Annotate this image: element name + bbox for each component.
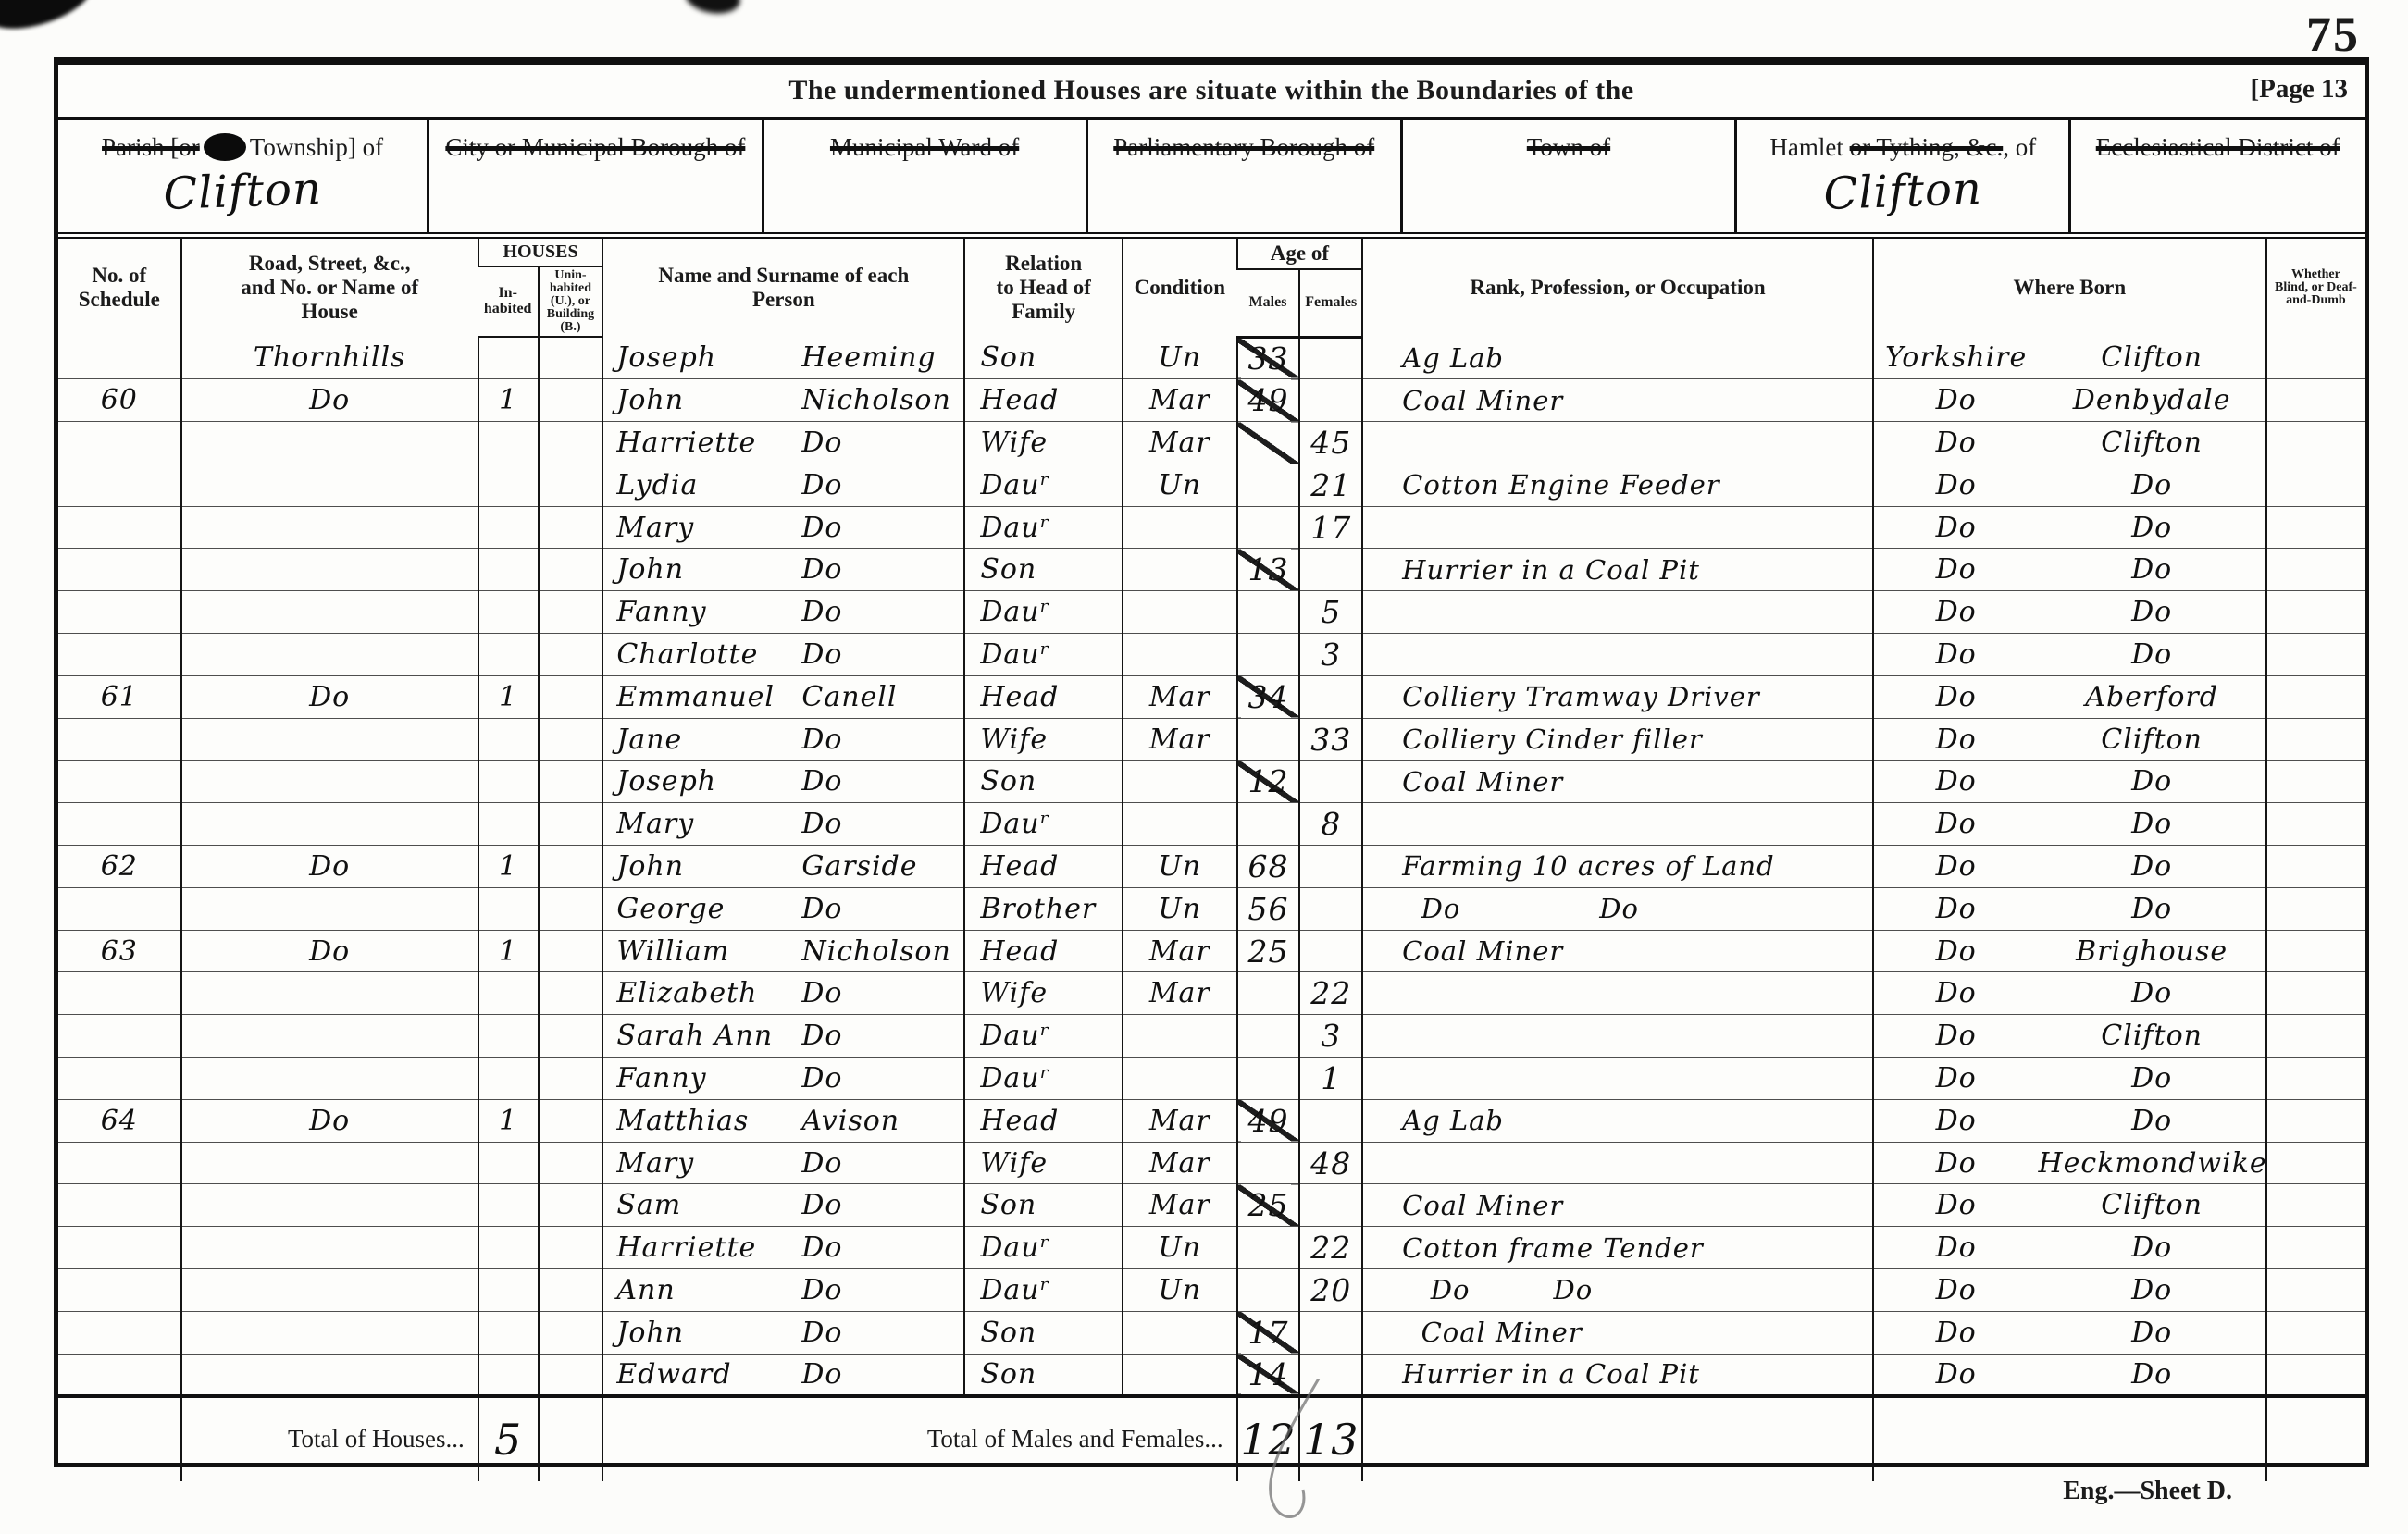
cell-name-given: Lydia	[616, 469, 801, 501]
page-title: The undermentioned Houses are situate wi…	[788, 75, 1633, 106]
cell-age-female: 48	[1299, 1142, 1362, 1184]
title-bar: The undermentioned Houses are situate wi…	[58, 65, 2365, 120]
table-row: HarrietteDo Wife Mar 45 DoClifton	[58, 422, 2365, 464]
cell-name: JohnGarside	[602, 846, 964, 888]
cell-blind	[2266, 1099, 2365, 1142]
cell-name-given: Elizabeth	[616, 977, 801, 1009]
cell-relation: Son	[964, 549, 1123, 591]
location-cell-town: Town of	[1403, 120, 1737, 232]
cell-born-place: Aberford	[2039, 681, 2265, 713]
cell-empty	[539, 1396, 603, 1481]
cell-born-place: Brighouse	[2039, 935, 2265, 968]
cell-condition: Un	[1123, 1227, 1237, 1269]
cell-name: WilliamNicholson	[602, 930, 964, 972]
table-row: FannyDo Dauʳ 1 DoDo	[58, 1058, 2365, 1100]
cell-uninhabited	[539, 337, 603, 379]
cell-occupation: Cotton Engine Feeder	[1362, 464, 1873, 506]
cell-name-surname: Do	[801, 1020, 962, 1052]
page-reference: [Page 13	[2251, 74, 2349, 105]
struck-label: City or Municipal Borough of	[445, 133, 745, 161]
cell-schedule	[58, 761, 181, 803]
cell-road: Do	[181, 846, 478, 888]
col-header-uninhabited: Unin- habited (U.), or Building (B.)	[539, 266, 603, 337]
cell-age-female: 33	[1299, 718, 1362, 761]
ink-blot	[204, 133, 246, 161]
cell-age-male	[1237, 718, 1300, 761]
cell-born-place: Do	[2039, 1358, 2265, 1391]
cell-name-given: Harriette	[616, 1231, 801, 1264]
cell-name: AnnDo	[602, 1269, 964, 1312]
cell-name-surname: Nicholson	[801, 384, 962, 416]
col-header-relation: Relation to Head of Family	[964, 239, 1123, 337]
table-row: JosephDo Son 12 Coal Miner DoDo	[58, 761, 2365, 803]
cell-name: HarrietteDo	[602, 1227, 964, 1269]
cell-born-county: Do	[1874, 1317, 2039, 1349]
cell-age-male	[1237, 1227, 1300, 1269]
cell-age-male	[1237, 1142, 1300, 1184]
col-header-road: Road, Street, &c., and No. or Name of Ho…	[181, 239, 478, 337]
cell-blind	[2266, 803, 2365, 846]
col-header-occupation: Rank, Profession, or Occupation	[1362, 239, 1873, 337]
cell-schedule	[58, 803, 181, 846]
cell-name: ElizabethDo	[602, 972, 964, 1015]
cell-inhabited	[478, 1269, 539, 1312]
cell-inhabited	[478, 803, 539, 846]
cell-name-surname: Do	[801, 553, 962, 586]
cell-blind	[2266, 379, 2365, 422]
cell-name-given: Mary	[616, 808, 801, 840]
cell-name-given: Harriette	[616, 427, 801, 459]
cell-occupation: Do Do	[1362, 887, 1873, 930]
cell-where-born: DoDo	[1873, 1227, 2266, 1269]
cell-name-given: Joseph	[616, 341, 801, 374]
census-table-foot: Total of Houses... 5 Total of Males and …	[58, 1396, 2365, 1481]
cell-blind	[2266, 718, 2365, 761]
census-table-head: No. of Schedule Road, Street, &c., and N…	[58, 239, 2365, 337]
struck-label: Parliamentary Borough of	[1113, 133, 1374, 161]
cell-inhabited	[478, 464, 539, 506]
printed-label: Township] of	[250, 133, 383, 161]
form-frame: The undermentioned Houses are situate wi…	[54, 57, 2369, 1467]
cell-uninhabited	[539, 379, 603, 422]
cell-name-surname: Do	[801, 1358, 962, 1391]
cell-where-born: DoDo	[1873, 1099, 2266, 1142]
table-row: LydiaDo Dauʳ Un 21 Cotton Engine Feeder …	[58, 464, 2365, 506]
table-row: CharlotteDo Dauʳ 3 DoDo	[58, 634, 2365, 676]
cell-born-place: Clifton	[2039, 724, 2265, 756]
cell-uninhabited	[539, 1184, 603, 1227]
cell-occupation	[1362, 634, 1873, 676]
cell-schedule: 60	[58, 379, 181, 422]
cell-uninhabited	[539, 1269, 603, 1312]
cell-age-male: 25	[1237, 930, 1300, 972]
cell-name: MaryDo	[602, 506, 964, 549]
cell-born-place: Do	[2039, 1105, 2265, 1137]
cell-name-surname: Do	[801, 808, 962, 840]
cell-relation: Son	[964, 1311, 1123, 1354]
cell-born-county: Yorkshire	[1874, 341, 2039, 374]
cell-name: MaryDo	[602, 1142, 964, 1184]
cell-age-female	[1299, 761, 1362, 803]
cell-name: JohnDo	[602, 1311, 964, 1354]
cell-occupation: Coal Miner	[1362, 379, 1873, 422]
cell-condition	[1123, 761, 1237, 803]
cell-blind	[2266, 887, 2365, 930]
cell-age-female	[1299, 675, 1362, 718]
cell-relation: Son	[964, 1354, 1123, 1396]
cell-relation: Wife	[964, 972, 1123, 1015]
cell-age-male	[1237, 634, 1300, 676]
cell-occupation: Ag Lab	[1362, 337, 1873, 379]
cell-road	[181, 1058, 478, 1100]
struck-label: Parish [or	[102, 133, 200, 161]
cell-condition: Un	[1123, 337, 1237, 379]
cell-condition: Mar	[1123, 1142, 1237, 1184]
cell-road	[181, 1015, 478, 1058]
cell-name-surname: Do	[801, 1231, 962, 1264]
table-row: 62 Do 1 JohnGarside Head Un 68 Farming 1…	[58, 846, 2365, 888]
cell-road	[181, 591, 478, 634]
cell-occupation: Coal Miner	[1362, 1184, 1873, 1227]
cell-blind	[2266, 422, 2365, 464]
cell-born-county: Do	[1874, 1105, 2039, 1137]
cell-condition: Un	[1123, 464, 1237, 506]
cell-born-place: Do	[2039, 850, 2265, 883]
cell-where-born: DoDo	[1873, 464, 2266, 506]
cell-name: MatthiasAvison	[602, 1099, 964, 1142]
cell-condition: Mar	[1123, 675, 1237, 718]
census-table: No. of Schedule Road, Street, &c., and N…	[58, 239, 2365, 1481]
cell-uninhabited	[539, 718, 603, 761]
cell-schedule	[58, 464, 181, 506]
cell-where-born: DoDo	[1873, 549, 2266, 591]
cell-occupation: Coal Miner	[1362, 761, 1873, 803]
location-cell-borough: City or Municipal Borough of	[429, 120, 763, 232]
table-row: MaryDo Wife Mar 48 DoHeckmondwike	[58, 1142, 2365, 1184]
cell-age-female: 20	[1299, 1269, 1362, 1312]
cell-name: EmmanuelCanell	[602, 675, 964, 718]
cell-name-given: Matthias	[616, 1105, 801, 1137]
cell-age-female: 22	[1299, 972, 1362, 1015]
cell-inhabited	[478, 506, 539, 549]
cell-age-male	[1237, 591, 1300, 634]
cell-born-county: Do	[1874, 935, 2039, 968]
cell-inhabited	[478, 761, 539, 803]
cell-name-surname: Do	[801, 1062, 962, 1095]
cell-condition: Un	[1123, 887, 1237, 930]
struck-label: Ecclesiastical District of	[2096, 133, 2340, 161]
cell-born-county: Do	[1874, 553, 2039, 586]
cell-born-place: Do	[2039, 808, 2265, 840]
cell-born-county: Do	[1874, 724, 2039, 756]
cell-relation: Dauʳ	[964, 506, 1123, 549]
cell-age-female: 3	[1299, 1015, 1362, 1058]
cell-road	[181, 1354, 478, 1396]
cell-age-female	[1299, 930, 1362, 972]
cell-blind	[2266, 506, 2365, 549]
sheet-footer-note: Eng.—Sheet D.	[2063, 1477, 2232, 1506]
cell-road	[181, 506, 478, 549]
cell-uninhabited	[539, 1058, 603, 1100]
cell-road: Do	[181, 675, 478, 718]
cell-born-place: Do	[2039, 638, 2265, 671]
table-row: 63 Do 1 WilliamNicholson Head Mar 25 Coa…	[58, 930, 2365, 972]
cell-name-surname: Do	[801, 427, 962, 459]
col-header-condition: Condition	[1123, 239, 1237, 337]
col-header-males: Males	[1237, 269, 1300, 337]
cell-name: JohnNicholson	[602, 379, 964, 422]
table-row: Sarah AnnDo Dauʳ 3 DoClifton	[58, 1015, 2365, 1058]
table-row: 60 Do 1 JohnNicholson Head Mar 49 Coal M…	[58, 379, 2365, 422]
cell-blind	[2266, 337, 2365, 379]
cell-blind	[2266, 634, 2365, 676]
cell-blind	[2266, 1354, 2365, 1396]
cell-occupation: Do Do	[1362, 1269, 1873, 1312]
cell-schedule	[58, 337, 181, 379]
cell-inhabited	[478, 337, 539, 379]
cell-inhabited	[478, 549, 539, 591]
cell-relation: Brother	[964, 887, 1123, 930]
cell-born-place: Do	[2039, 469, 2265, 501]
cell-born-county: Do	[1874, 977, 2039, 1009]
cell-name: GeorgeDo	[602, 887, 964, 930]
cell-inhabited	[478, 422, 539, 464]
cell-blind	[2266, 675, 2365, 718]
cell-occupation: Farming 10 acres of Land	[1362, 846, 1873, 888]
cell-condition	[1123, 1354, 1237, 1396]
cell-age-female: 45	[1299, 422, 1362, 464]
cell-where-born: DoClifton	[1873, 1184, 2266, 1227]
cell-name: Sarah AnnDo	[602, 1015, 964, 1058]
cell-inhabited	[478, 1311, 539, 1354]
cell-where-born: DoDo	[1873, 506, 2266, 549]
cell-where-born: YorkshireClifton	[1873, 337, 2266, 379]
cell-schedule	[58, 1227, 181, 1269]
cell-born-county: Do	[1874, 808, 2039, 840]
cell-blind	[2266, 1015, 2365, 1058]
cell-where-born: DoClifton	[1873, 422, 2266, 464]
cell-age-male	[1237, 1269, 1300, 1312]
cell-born-place: Do	[2039, 1231, 2265, 1264]
cell-condition	[1123, 634, 1237, 676]
cell-where-born: DoDo	[1873, 887, 2266, 930]
cell-uninhabited	[539, 1227, 603, 1269]
cell-occupation: Hurrier in a Coal Pit	[1362, 1354, 1873, 1396]
table-row: HarrietteDo Dauʳ Un 22 Cotton frame Tend…	[58, 1227, 2365, 1269]
cell-relation: Dauʳ	[964, 1227, 1123, 1269]
col-header-schedule: No. of Schedule	[58, 239, 181, 337]
cell-condition: Mar	[1123, 972, 1237, 1015]
cell-born-county: Do	[1874, 1358, 2039, 1391]
cell-name-given: Ann	[616, 1274, 801, 1306]
cell-condition	[1123, 803, 1237, 846]
cell-blind	[2266, 549, 2365, 591]
cell-age-male: 17	[1237, 1311, 1300, 1354]
cell-born-place: Do	[2039, 1062, 2265, 1095]
cell-name-surname: Heeming	[801, 341, 962, 374]
cell-road: Do	[181, 1099, 478, 1142]
cell-age-male: 25	[1237, 1184, 1300, 1227]
cell-condition	[1123, 591, 1237, 634]
cell-road	[181, 549, 478, 591]
cell-born-county: Do	[1874, 512, 2039, 544]
cell-where-born: DoDo	[1873, 972, 2266, 1015]
cell-road: Do	[181, 379, 478, 422]
cell-name-given: Jane	[616, 724, 801, 756]
cell-relation: Son	[964, 337, 1123, 379]
cell-condition: Mar	[1123, 1099, 1237, 1142]
cell-age-male: 49	[1237, 379, 1300, 422]
cell-schedule	[58, 972, 181, 1015]
cell-name-surname: Do	[801, 638, 962, 671]
total-females-value: 13	[1299, 1396, 1362, 1481]
cell-occupation	[1362, 591, 1873, 634]
cell-uninhabited	[539, 675, 603, 718]
cell-relation: Head	[964, 846, 1123, 888]
cell-schedule	[58, 718, 181, 761]
cell-name: JaneDo	[602, 718, 964, 761]
printed-label: Hamlet	[1769, 133, 1849, 161]
cell-schedule	[58, 549, 181, 591]
cell-name: FannyDo	[602, 1058, 964, 1100]
cell-name-surname: Do	[801, 1317, 962, 1349]
cell-relation: Dauʳ	[964, 1058, 1123, 1100]
cell-where-born: DoClifton	[1873, 718, 2266, 761]
cell-uninhabited	[539, 634, 603, 676]
cell-name-given: Sarah Ann	[616, 1020, 801, 1052]
cell-age-female: 5	[1299, 591, 1362, 634]
census-table-body: Thornhills JosephHeeming Son Un 33 Ag La…	[58, 337, 2365, 1396]
cell-name-given: Fanny	[616, 1062, 801, 1095]
cell-occupation: Cotton frame Tender	[1362, 1227, 1873, 1269]
totals-row: Total of Houses... 5 Total of Males and …	[58, 1396, 2365, 1481]
table-row: JohnDo Son 17 Coal Miner DoDo	[58, 1311, 2365, 1354]
cell-schedule: 61	[58, 675, 181, 718]
cell-age-male	[1237, 803, 1300, 846]
cell-schedule: 62	[58, 846, 181, 888]
cell-born-county: Do	[1874, 638, 2039, 671]
cell-where-born: DoDo	[1873, 761, 2266, 803]
col-header-name: Name and Surname of each Person	[602, 239, 964, 337]
cell-road	[181, 1269, 478, 1312]
cell-name-surname: Do	[801, 1274, 962, 1306]
cell-age-male: 12	[1237, 761, 1300, 803]
cell-blind	[2266, 1058, 2365, 1100]
cell-name-given: George	[616, 893, 801, 925]
table-row: EdwardDo Son 14 Hurrier in a Coal Pit Do…	[58, 1354, 2365, 1396]
cell-occupation	[1362, 1015, 1873, 1058]
cell-born-place: Clifton	[2039, 1020, 2265, 1052]
cell-condition	[1123, 506, 1237, 549]
cell-age-male	[1237, 1058, 1300, 1100]
cell-born-place: Do	[2039, 596, 2265, 628]
cell-occupation: Colliery Tramway Driver	[1362, 675, 1873, 718]
cell-age-female: 17	[1299, 506, 1362, 549]
cell-where-born: DoBrighouse	[1873, 930, 2266, 972]
cell-name-given: John	[616, 553, 801, 586]
cell-uninhabited	[539, 846, 603, 888]
cell-born-place: Do	[2039, 1274, 2265, 1306]
cell-age-female: 21	[1299, 464, 1362, 506]
census-sheet: 75 The undermentioned Houses are situate…	[0, 0, 2408, 1534]
cell-relation: Dauʳ	[964, 1015, 1123, 1058]
cell-road	[181, 972, 478, 1015]
cell-empty	[58, 1396, 181, 1481]
cell-inhabited	[478, 1058, 539, 1100]
cell-uninhabited	[539, 803, 603, 846]
cell-uninhabited	[539, 549, 603, 591]
table-row: MaryDo Dauʳ 17 DoDo	[58, 506, 2365, 549]
col-header-born: Where Born	[1873, 239, 2266, 337]
cell-empty	[1362, 1396, 1873, 1481]
cell-relation: Wife	[964, 422, 1123, 464]
total-houses-value: 5	[478, 1396, 539, 1481]
location-cell-parl-borough: Parliamentary Borough of	[1088, 120, 1403, 232]
cell-name-surname: Do	[801, 765, 962, 798]
cell-born-county: Do	[1874, 596, 2039, 628]
cell-age-female: 22	[1299, 1227, 1362, 1269]
cell-inhabited	[478, 634, 539, 676]
cell-uninhabited	[539, 1354, 603, 1396]
cell-inhabited: 1	[478, 1099, 539, 1142]
cell-born-place: Clifton	[2039, 1189, 2265, 1221]
table-row: JaneDo Wife Mar 33 Colliery Cinder fille…	[58, 718, 2365, 761]
cell-relation: Son	[964, 1184, 1123, 1227]
cell-name-surname: Do	[801, 512, 962, 544]
cell-blind	[2266, 1142, 2365, 1184]
location-cell-township: Parish [orTownship] of Clifton	[58, 120, 429, 232]
cell-age-female	[1299, 549, 1362, 591]
cell-occupation: Hurrier in a Coal Pit	[1362, 549, 1873, 591]
cell-occupation	[1362, 1142, 1873, 1184]
total-houses-label: Total of Houses...	[181, 1396, 478, 1481]
table-row: ElizabethDo Wife Mar 22 DoDo	[58, 972, 2365, 1015]
cell-uninhabited	[539, 591, 603, 634]
cell-inhabited: 1	[478, 379, 539, 422]
cell-occupation	[1362, 506, 1873, 549]
cell-blind	[2266, 761, 2365, 803]
cell-schedule	[58, 1311, 181, 1354]
cell-uninhabited	[539, 422, 603, 464]
cell-schedule: 64	[58, 1099, 181, 1142]
cell-schedule	[58, 887, 181, 930]
cell-inhabited	[478, 1015, 539, 1058]
cell-age-male	[1237, 506, 1300, 549]
cell-inhabited	[478, 887, 539, 930]
cell-age-male: 68	[1237, 846, 1300, 888]
cell-schedule	[58, 591, 181, 634]
cell-occupation	[1362, 803, 1873, 846]
cell-schedule	[58, 506, 181, 549]
cell-born-place: Clifton	[2039, 427, 2265, 459]
cell-occupation: Coal Miner	[1362, 1311, 1873, 1354]
cell-born-county: Do	[1874, 1189, 2039, 1221]
cell-name-given: Charlotte	[616, 638, 801, 671]
cell-name: SamDo	[602, 1184, 964, 1227]
cell-age-female	[1299, 1099, 1362, 1142]
cell-name: LydiaDo	[602, 464, 964, 506]
cell-uninhabited	[539, 972, 603, 1015]
cell-relation: Dauʳ	[964, 591, 1123, 634]
cell-road	[181, 718, 478, 761]
cell-born-place: Do	[2039, 553, 2265, 586]
cell-name-surname: Do	[801, 977, 962, 1009]
cell-where-born: DoDenbydale	[1873, 379, 2266, 422]
cell-name: HarrietteDo	[602, 422, 964, 464]
cell-relation: Dauʳ	[964, 634, 1123, 676]
cell-relation: Wife	[964, 718, 1123, 761]
cell-road	[181, 634, 478, 676]
